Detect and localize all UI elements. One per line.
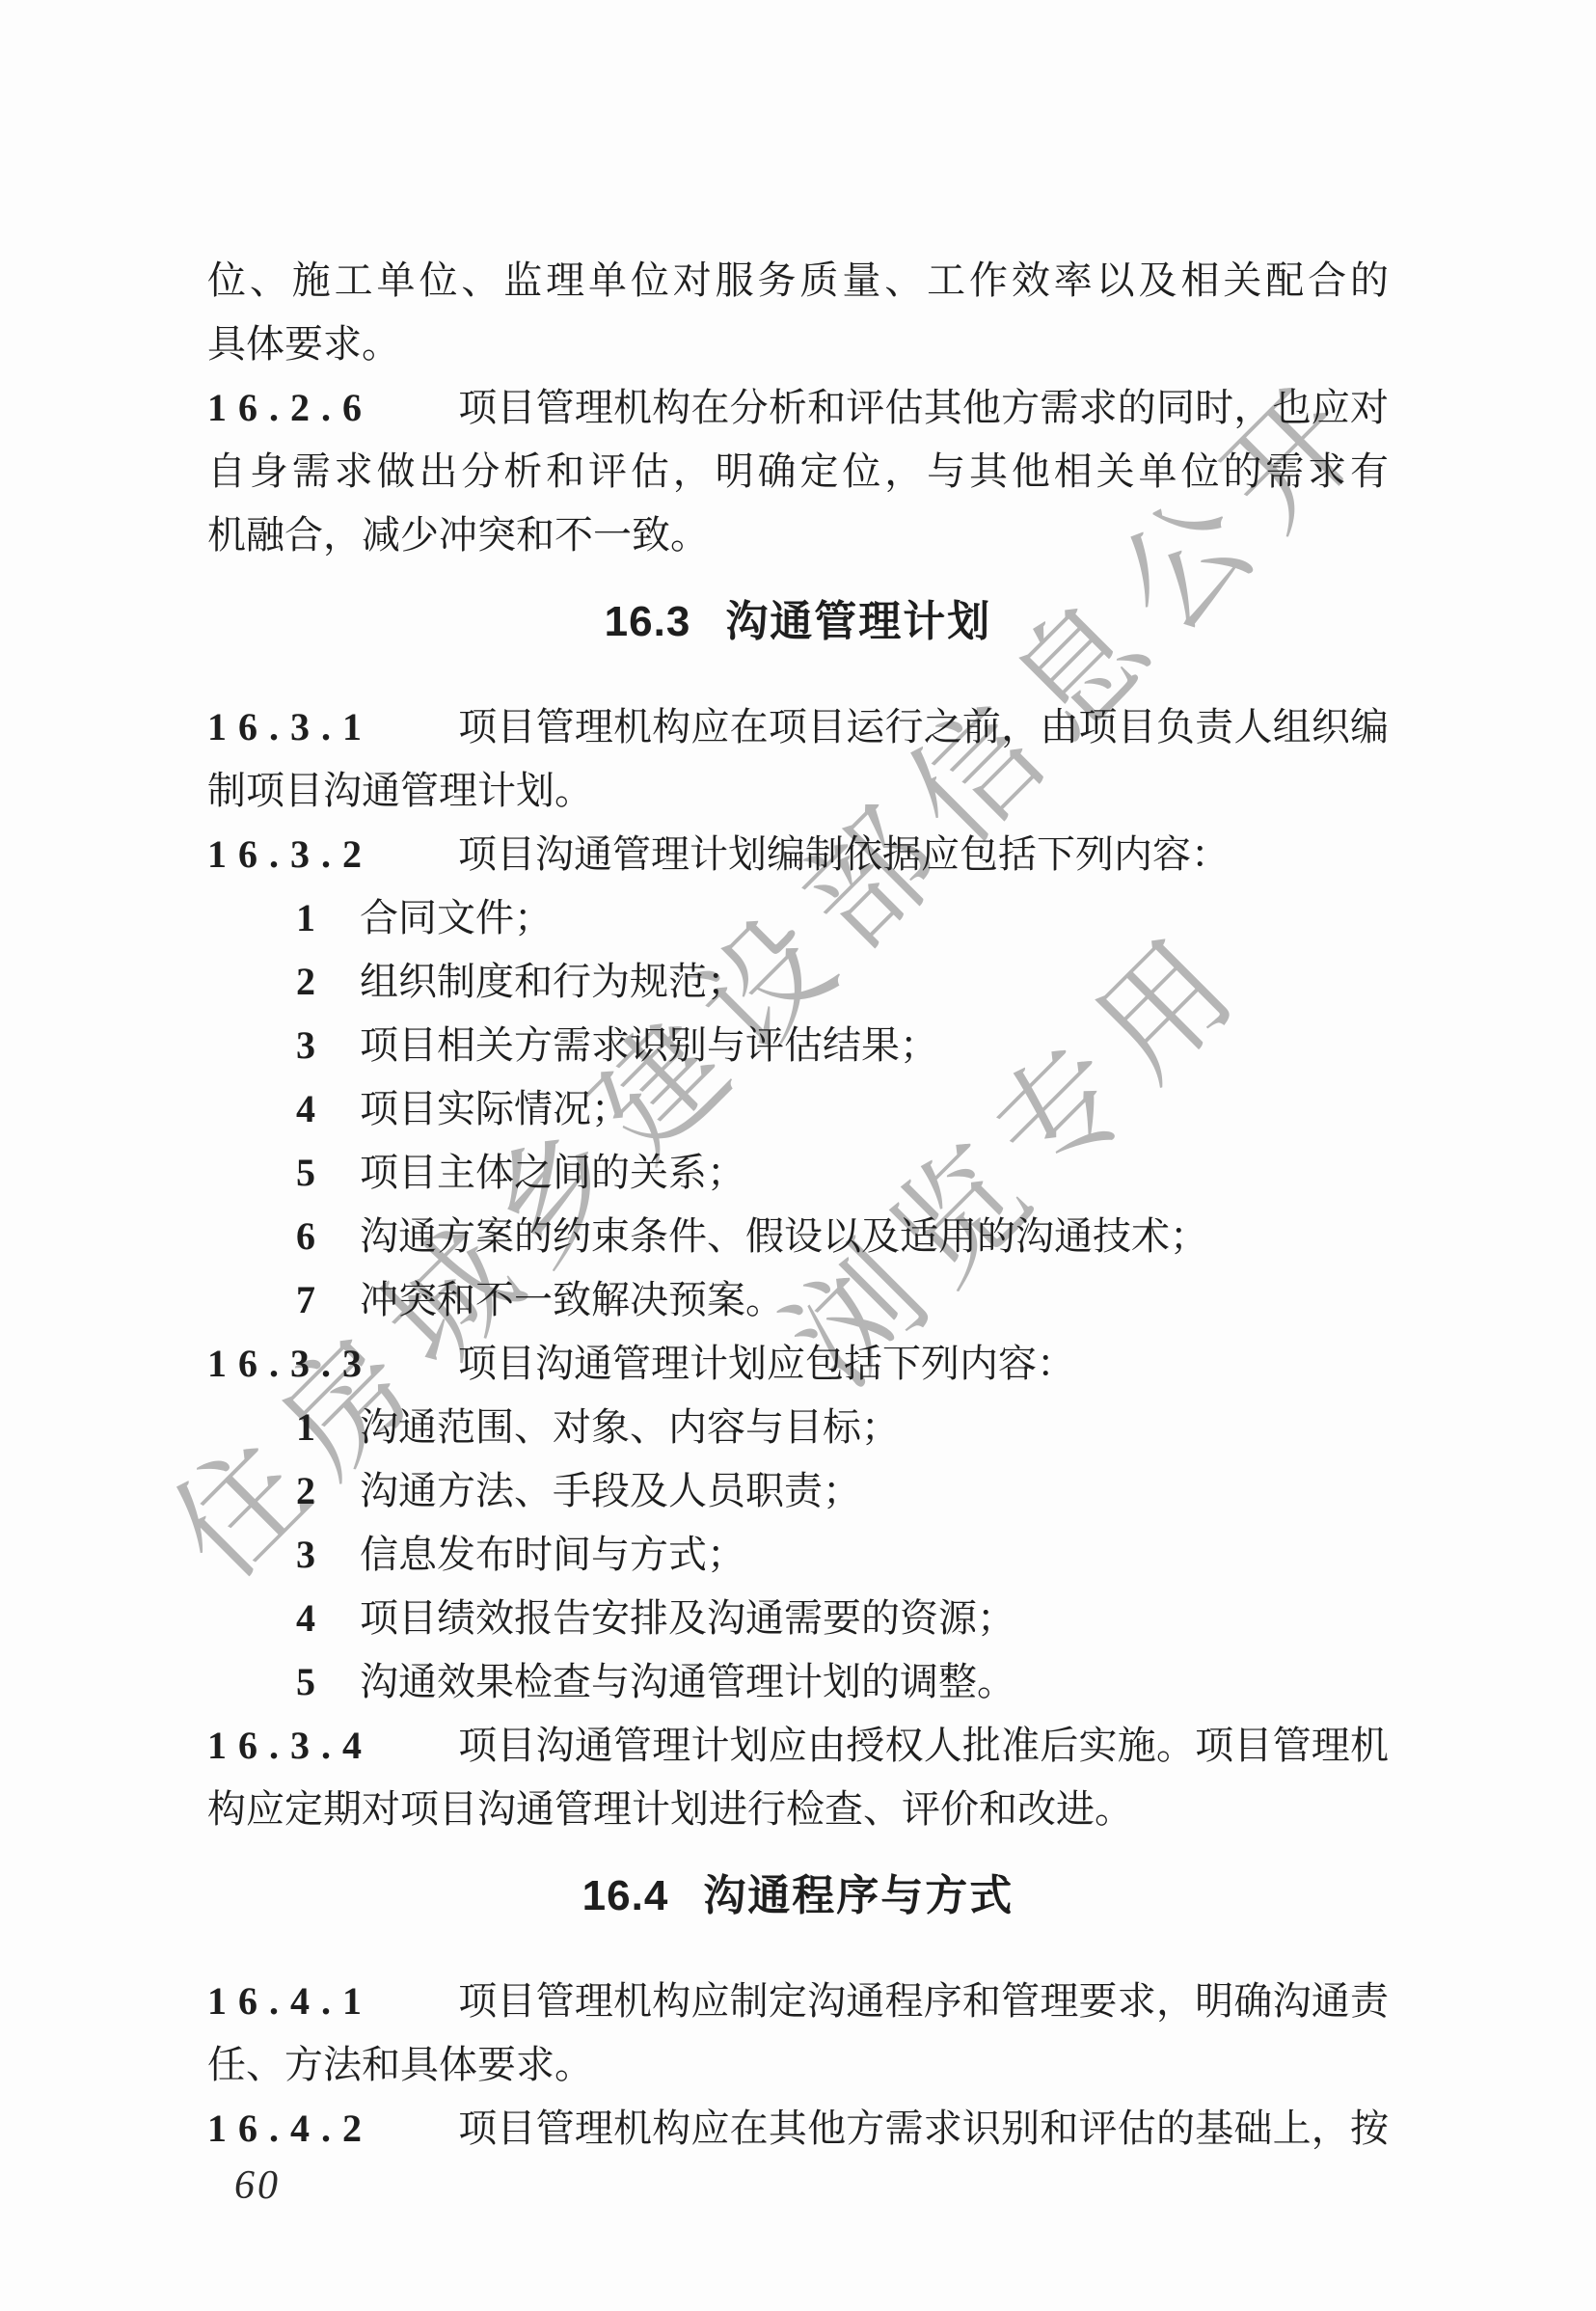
item-number: 4 — [296, 1587, 360, 1650]
line-text: 沟通程序与方式 — [703, 1872, 1014, 1919]
line-text: 制项目沟通管理计划。 — [207, 769, 593, 812]
heading-number: 16.3 — [605, 588, 691, 656]
body-line: 自身需求做出分析和评估，明确定位，与其他相关单位的需求有 — [207, 440, 1389, 503]
line-text: 项目管理机构应制定沟通程序和管理要求，明确沟通责 — [458, 1979, 1389, 2023]
body-line: 构应定期对项目沟通管理计划进行检查、评价和改进。 — [207, 1778, 1389, 1841]
line-text: 项目绩效报告安排及沟通需要的资源； — [360, 1596, 1015, 1640]
list-item-line: 3信息发布时间与方式； — [207, 1523, 1389, 1587]
item-number: 3 — [296, 1014, 360, 1077]
list-item-line: 5项目主体之间的关系； — [207, 1141, 1389, 1205]
line-text: 项目管理机构应在其他方需求识别和评估的基础上，按 — [458, 2107, 1389, 2150]
line-text: 沟通方法、手段及人员职责； — [360, 1469, 861, 1512]
clause-number: 16.2.6 — [207, 376, 458, 440]
line-text: 沟通方案的约束条件、假设以及适用的沟通技术； — [360, 1214, 1208, 1258]
line-text: 项目主体之间的关系； — [360, 1151, 745, 1194]
section-heading: 16.4沟通程序与方式 — [207, 1862, 1389, 1930]
body-line: 任、方法和具体要求。 — [207, 2033, 1389, 2097]
line-text: 沟通管理计划 — [725, 598, 991, 645]
clause-line: 16.3.4项目沟通管理计划应由授权人批准后实施。项目管理机 — [207, 1714, 1389, 1778]
item-number: 3 — [296, 1523, 360, 1587]
list-item-line: 3项目相关方需求识别与评估结果； — [207, 1014, 1389, 1077]
page-number: 60 — [234, 2159, 281, 2213]
clause-number: 16.3.3 — [207, 1332, 458, 1396]
item-number: 1 — [296, 886, 360, 950]
document-body: 位、施工单位、监理单位对服务质量、工作效率以及相关配合的具体要求。16.2.6项… — [207, 249, 1389, 2161]
document-page: 住房城乡建设部信息公开 浏览专用 位、施工单位、监理单位对服务质量、工作效率以及… — [0, 0, 1596, 2311]
line-text: 项目管理机构应在项目运行之前，由项目负责人组织编 — [458, 705, 1389, 748]
list-item-line: 2沟通方法、手段及人员职责； — [207, 1459, 1389, 1523]
line-text: 项目沟通管理计划应包括下列内容： — [458, 1342, 1075, 1385]
line-text: 信息发布时间与方式； — [360, 1533, 745, 1576]
line-text: 冲突和不一致解决预案。 — [360, 1278, 784, 1321]
line-text: 项目相关方需求识别与评估结果； — [360, 1023, 938, 1067]
list-item-line: 4项目绩效报告安排及沟通需要的资源； — [207, 1587, 1389, 1650]
clause-line: 16.4.2项目管理机构应在其他方需求识别和评估的基础上，按 — [207, 2097, 1389, 2161]
item-number: 1 — [296, 1396, 360, 1459]
clause-line: 16.3.3项目沟通管理计划应包括下列内容： — [207, 1332, 1389, 1396]
clause-number: 16.3.1 — [207, 695, 458, 759]
clause-line: 16.2.6项目管理机构在分析和评估其他方需求的同时，也应对 — [207, 376, 1389, 440]
line-text: 项目沟通管理计划应由授权人批准后实施。项目管理机 — [458, 1724, 1389, 1767]
list-item-line: 6沟通方案的约束条件、假设以及适用的沟通技术； — [207, 1205, 1389, 1268]
item-number: 2 — [296, 1459, 360, 1523]
list-item-line: 1合同文件； — [207, 886, 1389, 950]
clause-number: 16.3.4 — [207, 1714, 458, 1778]
line-text: 沟通范围、对象、内容与目标； — [360, 1405, 900, 1449]
line-text: 构应定期对项目沟通管理计划进行检查、评价和改进。 — [207, 1787, 1133, 1831]
line-text: 组织制度和行为规范； — [360, 960, 745, 1003]
line-text: 自身需求做出分析和评估，明确定位，与其他相关单位的需求有 — [207, 449, 1389, 493]
clause-number: 16.4.2 — [207, 2097, 458, 2161]
item-number: 6 — [296, 1205, 360, 1268]
list-item-line: 7冲突和不一致解决预案。 — [207, 1268, 1389, 1332]
list-item-line: 4项目实际情况； — [207, 1077, 1389, 1141]
body-line: 位、施工单位、监理单位对服务质量、工作效率以及相关配合的 — [207, 249, 1389, 313]
line-text: 项目管理机构在分析和评估其他方需求的同时，也应对 — [458, 386, 1389, 429]
body-line: 具体要求。 — [207, 313, 1389, 376]
list-item-line: 1沟通范围、对象、内容与目标； — [207, 1396, 1389, 1459]
line-text: 位、施工单位、监理单位对服务质量、工作效率以及相关配合的 — [207, 258, 1389, 302]
line-text: 项目实际情况； — [360, 1087, 630, 1130]
line-text: 任、方法和具体要求。 — [207, 2043, 593, 2086]
section-heading: 16.3沟通管理计划 — [207, 588, 1389, 656]
body-line: 机融合，减少冲突和不一致。 — [207, 503, 1389, 567]
item-number: 5 — [296, 1141, 360, 1205]
heading-number: 16.4 — [582, 1862, 669, 1930]
line-text: 机融合，减少冲突和不一致。 — [207, 513, 709, 557]
line-text: 沟通效果检查与沟通管理计划的调整。 — [360, 1660, 1015, 1703]
item-number: 7 — [296, 1268, 360, 1332]
clause-line: 16.3.2项目沟通管理计划编制依据应包括下列内容： — [207, 823, 1389, 886]
item-number: 5 — [296, 1650, 360, 1714]
line-text: 项目沟通管理计划编制依据应包括下列内容： — [458, 832, 1230, 876]
clause-number: 16.4.1 — [207, 1970, 458, 2033]
clause-line: 16.3.1项目管理机构应在项目运行之前，由项目负责人组织编 — [207, 695, 1389, 759]
clause-number: 16.3.2 — [207, 823, 458, 886]
line-text: 合同文件； — [360, 896, 553, 939]
clause-line: 16.4.1项目管理机构应制定沟通程序和管理要求，明确沟通责 — [207, 1970, 1389, 2033]
line-text: 具体要求。 — [207, 322, 400, 366]
item-number: 4 — [296, 1077, 360, 1141]
list-item-line: 5沟通效果检查与沟通管理计划的调整。 — [207, 1650, 1389, 1714]
item-number: 2 — [296, 950, 360, 1014]
body-line: 制项目沟通管理计划。 — [207, 759, 1389, 823]
list-item-line: 2组织制度和行为规范； — [207, 950, 1389, 1014]
